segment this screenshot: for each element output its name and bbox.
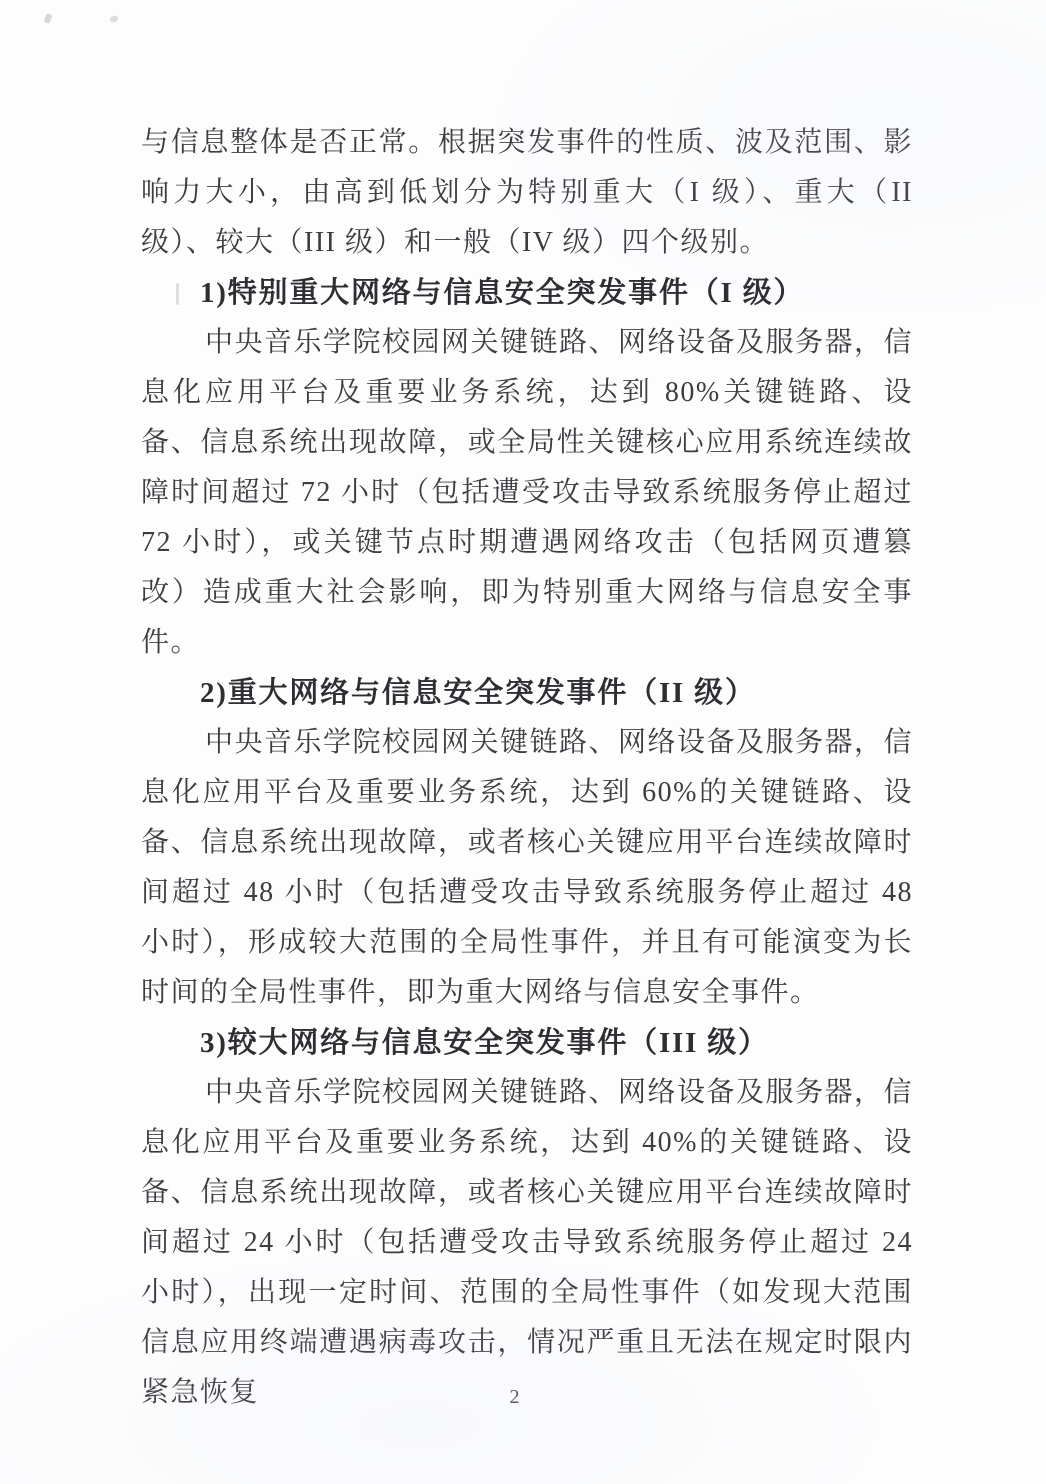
section-heading-level-3-incident: 3)较大网络与信息安全突发事件（III 级） [141,1018,913,1068]
section-heading-level-2-incident: 2)重大网络与信息安全突发事件（II 级） [141,668,913,718]
document-page: 与信息整体是否正常。根据突发事件的性质、波及范围、影响力大小，由高到低划分为特别… [0,0,1046,1484]
scan-speck [43,13,52,24]
section-heading-level-1-incident: 1)特别重大网络与信息安全突发事件（I 级） [141,268,913,318]
paragraph-level-1-definition: 中央音乐学院校园网关键链路、网络设备及服务器，信息化应用平台及重要业务系统，达到… [141,318,913,668]
paragraph-level-2-definition: 中央音乐学院校园网关键链路、网络设备及服务器，信息化应用平台及重要业务系统，达到… [141,718,913,1018]
paragraph-incident-levels-intro: 与信息整体是否正常。根据突发事件的性质、波及范围、影响力大小，由高到低划分为特别… [141,118,913,268]
paragraph-level-3-definition: 中央音乐学院校园网关键链路、网络设备及服务器，信息化应用平台及重要业务系统，达到… [141,1068,913,1418]
page-number: 2 [0,1386,1030,1409]
document-body: 与信息整体是否正常。根据突发事件的性质、波及范围、影响力大小，由高到低划分为特别… [141,118,913,1418]
scan-speck [109,15,118,23]
